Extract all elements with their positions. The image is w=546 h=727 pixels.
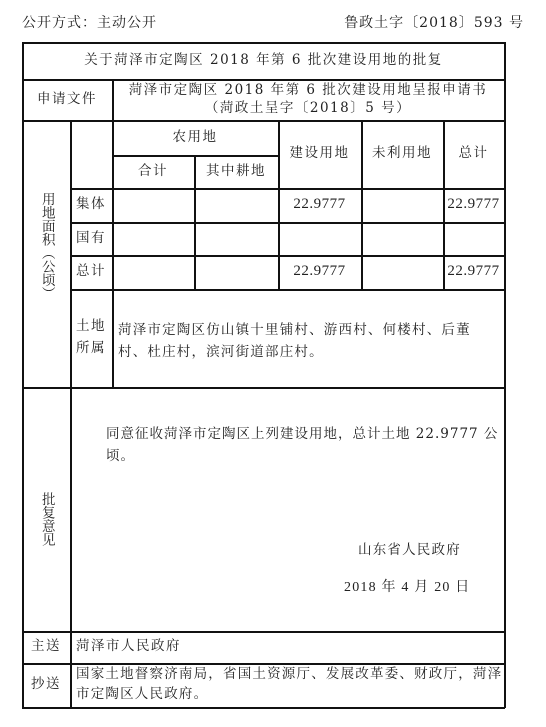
cell-unused (361, 188, 443, 222)
cell-total: 22.9777 (443, 255, 504, 289)
cell-cultivated (194, 222, 278, 255)
cell-construction: 22.9777 (278, 255, 361, 289)
main-recipient-value: 菏泽市人民政府 (76, 631, 502, 663)
ownership-label-line-2: 所属 (76, 338, 106, 360)
approval-label: 批复意见 (39, 492, 53, 546)
col-unused: 未利用地 (361, 120, 443, 188)
ownership-text: 菏泽市定陶区仿山镇十里铺村、游西村、何楼村、后董村、杜庄村，滨河街道部庄村。 (118, 320, 500, 363)
document-title: 关于菏泽市定陶区 2018 年第 6 批次建设用地的批复 (22, 42, 505, 79)
cell-cultivated (194, 188, 278, 222)
area-section-label: 用地面积（公顷） (22, 120, 70, 387)
approval-text: 同意征收菏泽市定陶区上列建设用地，总计土地 22.9777 公顷。 (106, 424, 502, 467)
col-total: 总计 (443, 120, 504, 188)
cell-cultivated (194, 255, 278, 289)
ownership-label: 土地 所属 (70, 289, 112, 387)
application-line-2: （菏政土呈字〔2018〕5 号） (205, 100, 411, 118)
document-number: 鲁政土字〔2018〕593 号 (344, 12, 524, 32)
cell-subtotal (112, 255, 194, 289)
ownership-label-line-1: 土地 (76, 316, 106, 338)
application-document: 菏泽市定陶区 2018 年第 6 批次建设用地呈报申请书 （菏政土呈字〔2018… (112, 79, 504, 120)
disclosure-method: 公开方式：主动公开 (22, 12, 157, 32)
col-cultivated: 其中耕地 (194, 155, 278, 188)
application-label: 申请文件 (22, 79, 112, 120)
cell-unused (361, 255, 443, 289)
row-label: 国有 (70, 222, 112, 255)
col-construction: 建设用地 (278, 120, 361, 188)
main-recipient-label: 主送 (22, 631, 70, 663)
row-label: 总计 (70, 255, 112, 289)
cell-construction: 22.9777 (278, 188, 361, 222)
area-label: 用地面积（公顷） (39, 192, 53, 300)
cc-value: 国家土地督察济南局，省国土资源厅、发展改革委、财政厅，菏泽市定陶区人民政府。 (76, 665, 504, 704)
row-label: 集体 (70, 188, 112, 222)
cc-label: 抄送 (22, 663, 70, 707)
cell-total (443, 222, 504, 255)
approval-date: 2018 年 4 月 20 日 (344, 577, 471, 599)
cell-unused (361, 222, 443, 255)
cell-total: 22.9777 (443, 188, 504, 222)
col-farmland: 农用地 (112, 120, 278, 155)
col-subtotal: 合计 (112, 155, 194, 188)
cell-subtotal (112, 222, 194, 255)
approval-section-label: 批复意见 (22, 387, 70, 631)
approval-signer: 山东省人民政府 (358, 540, 461, 562)
cell-subtotal (112, 188, 194, 222)
application-line-1: 菏泽市定陶区 2018 年第 6 批次建设用地呈报申请书 (129, 82, 488, 100)
cell-construction (278, 222, 361, 255)
